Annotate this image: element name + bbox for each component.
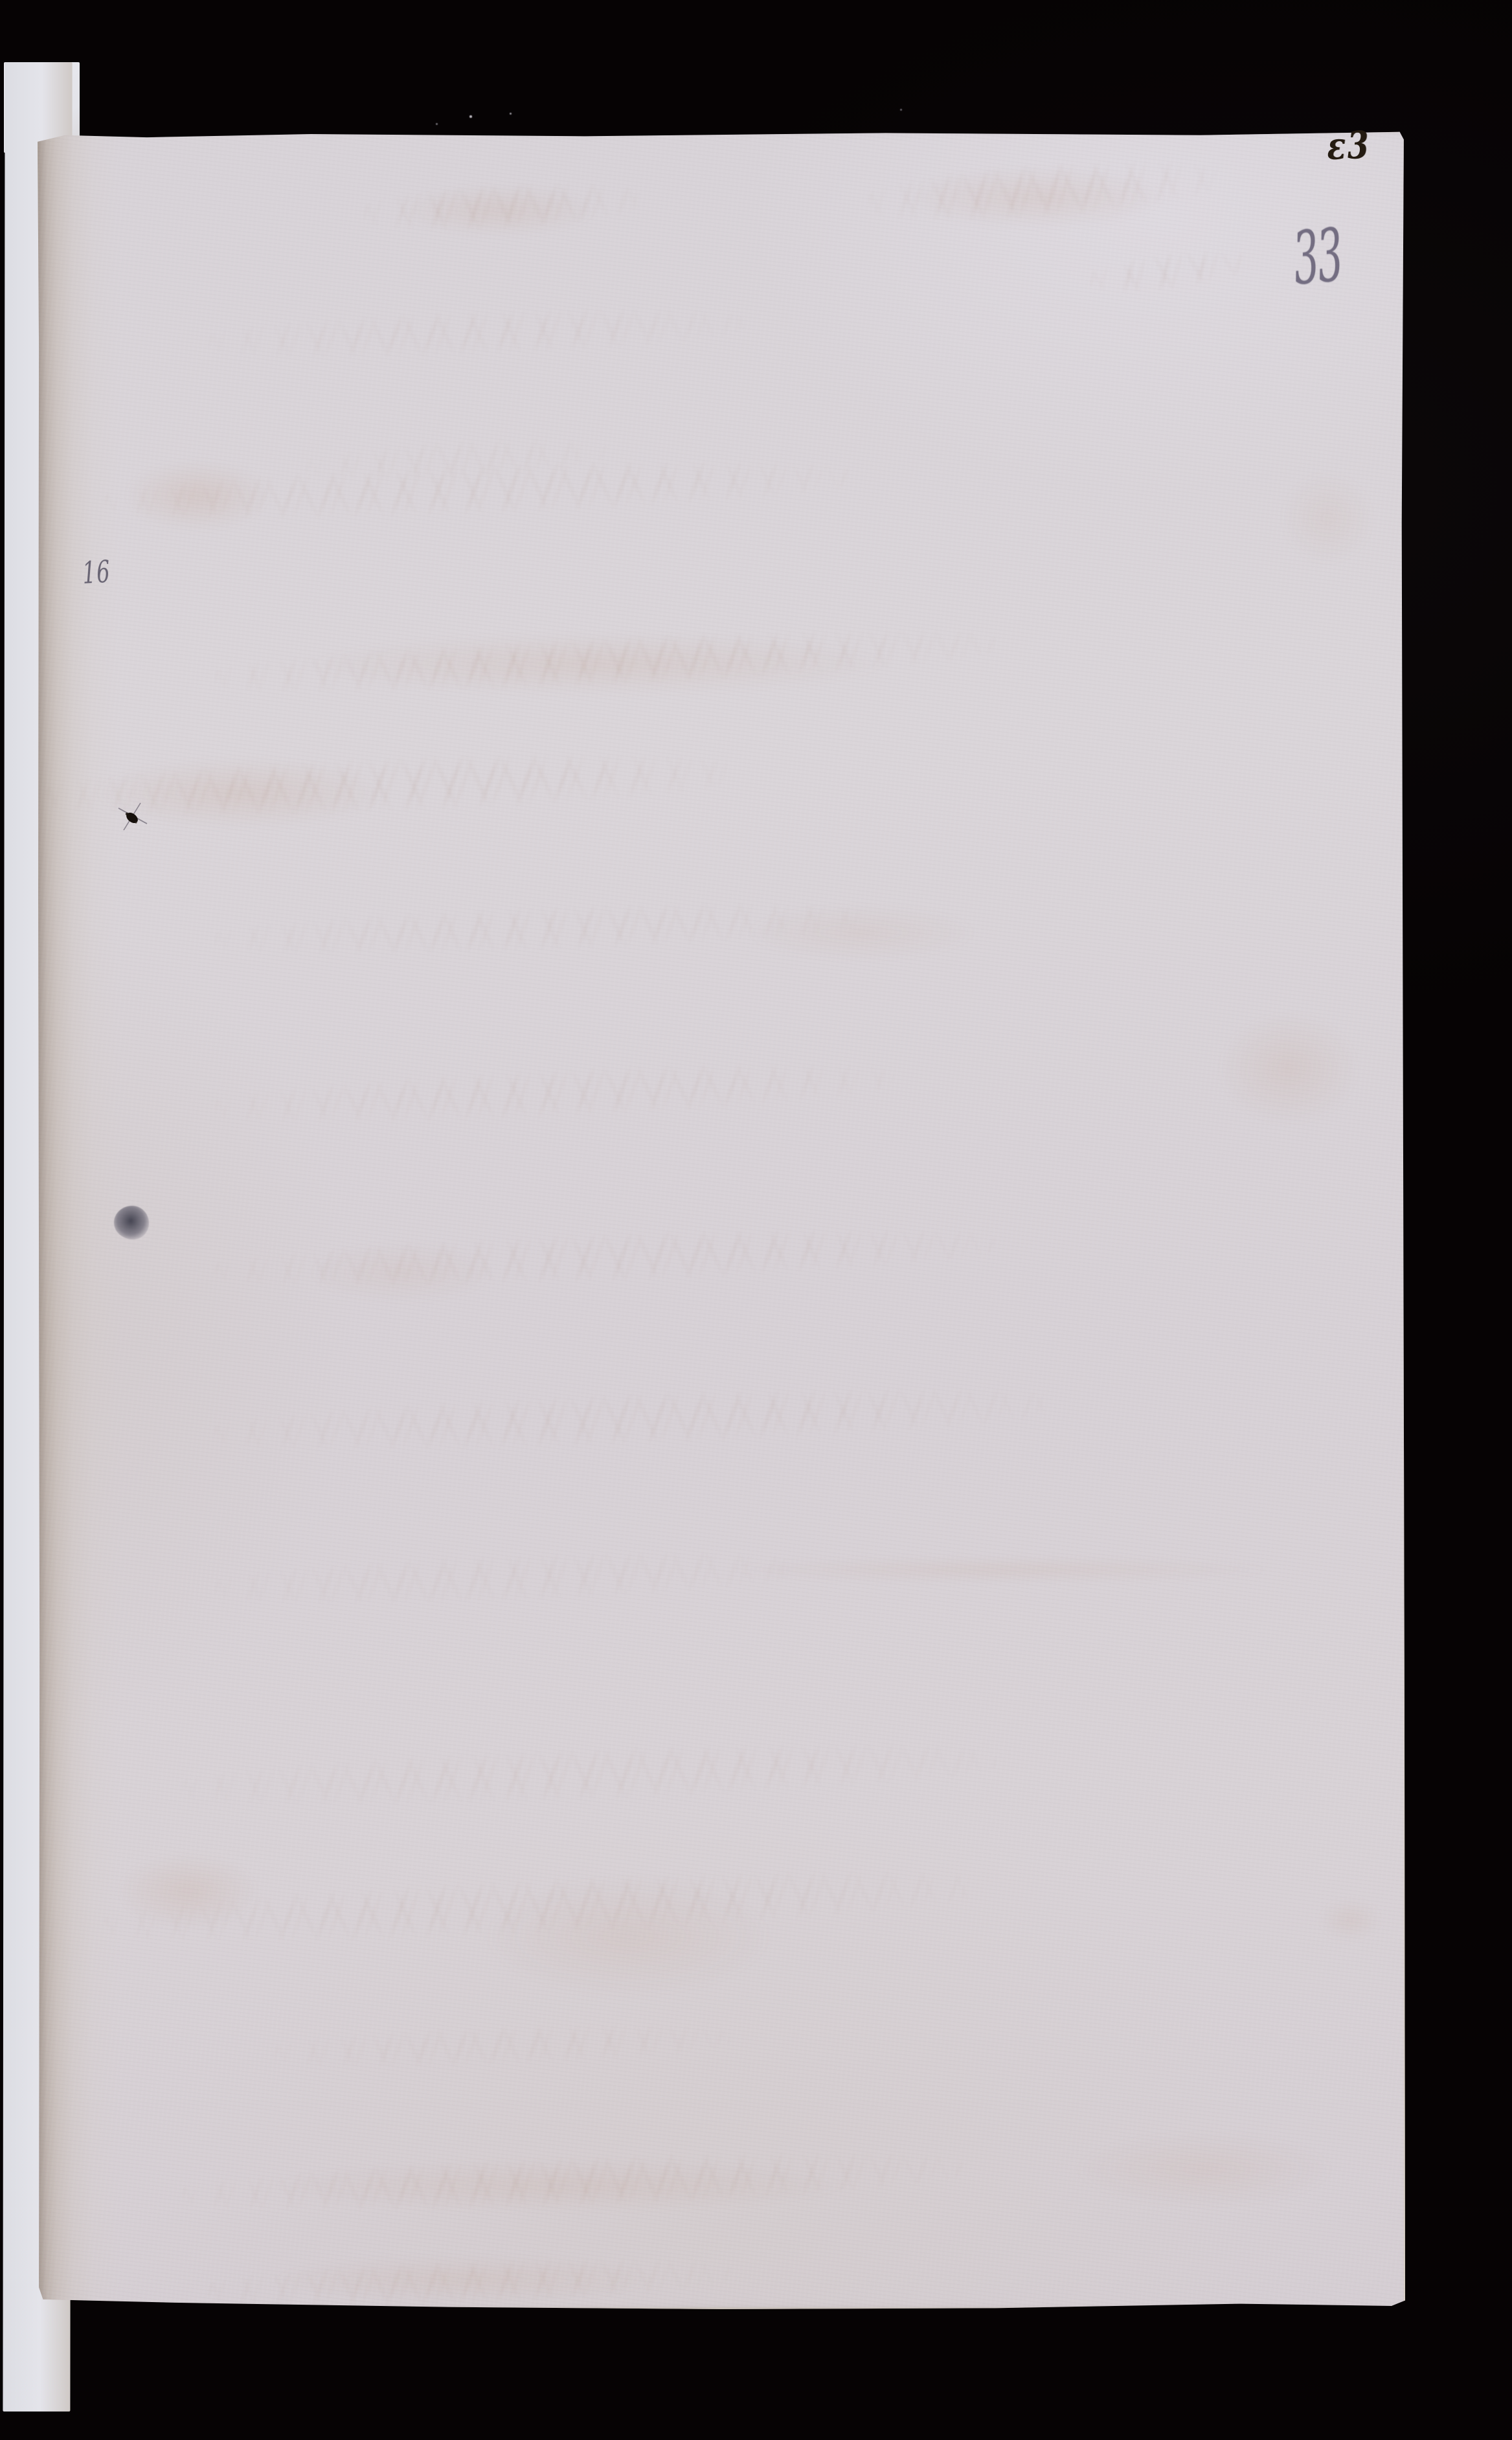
bleed-mark [213, 1218, 998, 1297]
patch-mark [699, 894, 1023, 971]
bleed-mark [213, 894, 868, 963]
manuscript-page [38, 131, 1405, 2309]
bleed-mark [103, 450, 855, 529]
patch-mark [363, 175, 635, 246]
speck-mark [510, 113, 512, 115]
patch-mark [91, 1839, 285, 1943]
patch-mark [194, 2247, 732, 2312]
patch-mark [272, 1230, 531, 1315]
speck-mark [436, 123, 438, 125]
bleed-mark [361, 176, 642, 237]
bleed-mark [304, 431, 610, 489]
patch-mark [97, 447, 298, 544]
bleed-mark [866, 151, 1219, 230]
patch-mark [194, 622, 1004, 706]
patch-mark [39, 745, 440, 842]
folio-number: 33 [1290, 214, 1345, 302]
patch-mark [855, 155, 1217, 240]
ink-blot-x [117, 802, 148, 833]
margin-number: 16 [82, 554, 111, 591]
bleed-mark [181, 2141, 965, 2222]
bleed-mark [271, 2018, 732, 2074]
gutter-shadow [38, 131, 1405, 2309]
bleed-mark [1086, 242, 1252, 301]
smudge-stain [114, 1206, 149, 1239]
bleedthrough-script-layer [38, 131, 1405, 2309]
speck-mark [469, 115, 472, 118]
scan-background: ε3 33 16 [0, 0, 1512, 2440]
corner-ink-mark: ε3 [1326, 123, 1371, 168]
bleed-mark [103, 1857, 986, 1955]
bleed-mark [213, 619, 998, 704]
bleed-mark [213, 1544, 804, 1612]
bleedthrough-patch-layer [38, 131, 1405, 2309]
patch-mark [1308, 1891, 1392, 1949]
patch-mark [155, 2150, 965, 2221]
bleed-mark [207, 2250, 732, 2314]
speck-mark [900, 109, 902, 111]
page-edge-highlight [38, 131, 1405, 2309]
paper-grain [38, 131, 1405, 2309]
patch-mark [1191, 991, 1386, 1146]
patch-mark [427, 1852, 829, 2020]
ink-blot-x-icon [117, 802, 148, 833]
patch-mark [1263, 453, 1392, 583]
bleed-mark [213, 1376, 1063, 1462]
patch-mark [1023, 2118, 1386, 2221]
bleed-mark [213, 1052, 901, 1134]
bleed-mark [207, 300, 745, 366]
bleed-mark [181, 1733, 998, 1816]
patch-mark [615, 1553, 1386, 1587]
